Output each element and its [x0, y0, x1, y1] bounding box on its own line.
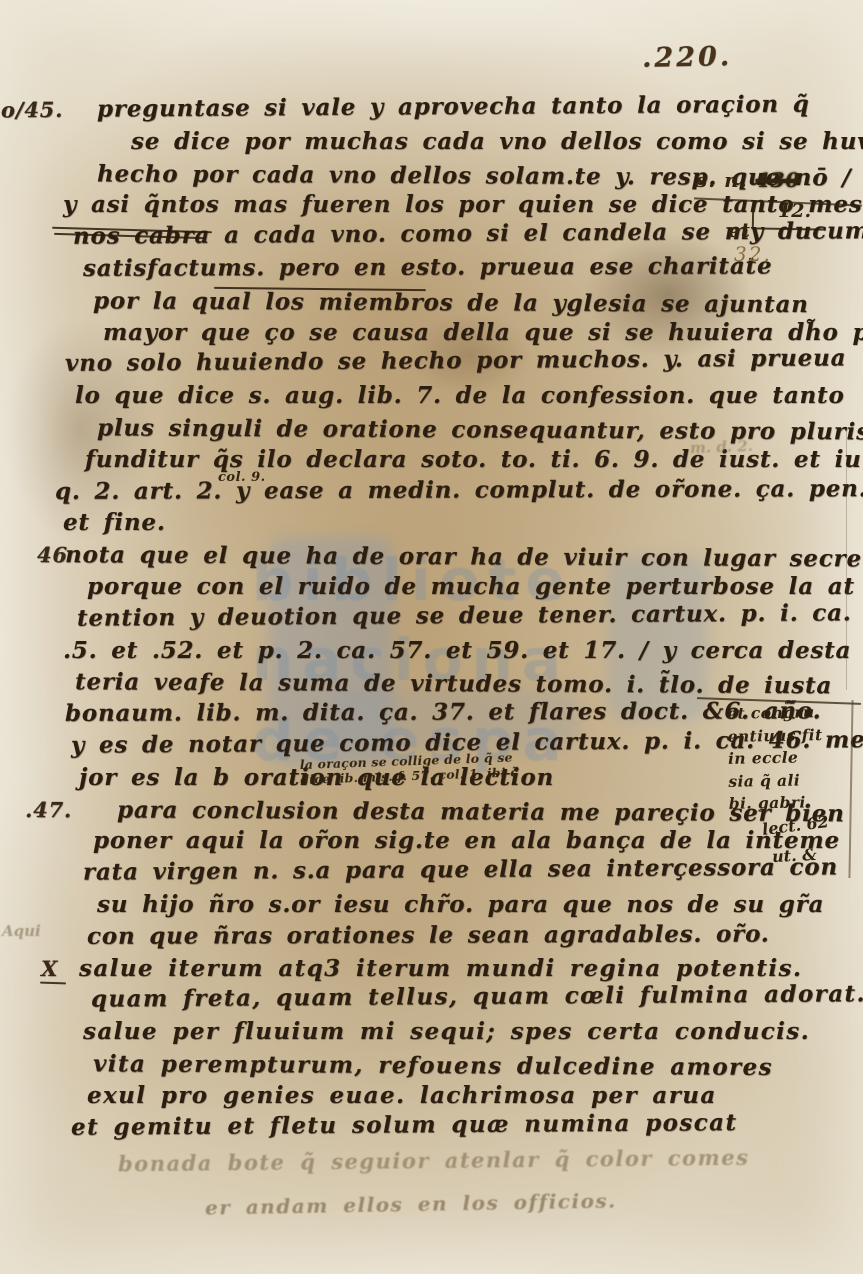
line-text: por la qual los miembros de la yglesia s… [93, 287, 809, 318]
margin-gloss-line: sia q̃ ali [728, 769, 823, 793]
line-text: vno solo huuiendo se hecho por muchos. y… [65, 345, 846, 377]
line-text: rata virgen n. s.a para que ella sea int… [83, 854, 838, 886]
manuscript-line: su hijo ñro s.or iesu chr̃o. para que no… [35, 891, 853, 923]
manuscript-line: 46 nota que el que ha de orar ha de viui… [35, 541, 853, 577]
line-text: quam freta, quam tellus, quam cœli fulmi… [91, 981, 863, 1013]
manuscript-line: quam freta, quam tellus, quam cœli fulmi… [35, 981, 853, 1019]
line-text: et gemitu et fletu solum quæ numina posc… [71, 1109, 738, 1141]
margin-gloss-block: et congru entiuus fit in eccle sia q̃ al… [727, 701, 824, 815]
line-text: et fine. [63, 509, 166, 536]
manuscript-line: et gemitu et fletu solum quæ numina posc… [35, 1108, 853, 1146]
margin-note-text: et [728, 218, 750, 242]
line-text: exul pro genies euae. lachrimosa per aru… [87, 1082, 717, 1109]
line-text: bonaum. lib. m. dita. ça. 37. et flares … [65, 697, 822, 727]
line-text: poner aqui la or̃on sig.te en ala bança … [93, 827, 840, 854]
manuscript-line: por la qual los miembros de la yglesia s… [35, 287, 853, 323]
line-text: .5. et .52. et p. 2. ca. 57. et 59. et 1… [63, 637, 863, 664]
margin-number: .47. [25, 796, 72, 821]
line-text: salue per fluuium mi sequi; spes certa c… [83, 1018, 810, 1045]
manuscript-line: vita perempturum, refouens dulcedine amo… [35, 1050, 853, 1086]
line-text: con que ñras orationes le sean agradable… [87, 920, 770, 949]
margin-note-text: s. n. [696, 168, 748, 192]
manuscript-line: o/45. preguntase si vale y aprovecha tan… [35, 90, 853, 128]
ghost-bleedthrough-line: er andam ellos en los officios. [205, 1188, 617, 1219]
interline-note-col9: col. 9. [218, 470, 266, 485]
page-crease-line [846, 430, 847, 690]
line-text: y asi q̃ntos mas fueren los por quien se… [63, 191, 863, 218]
line-text: porque con el ruido de mucha gente pertu… [87, 573, 855, 600]
manuscript-line: salue per fluuium mi sequi; spes certa c… [35, 1018, 853, 1050]
line-text: q. 2. art. 2. y ease a medin. complut. d… [55, 475, 863, 505]
folio-number: .220. [642, 41, 733, 74]
line-text: lo que dice s. aug. lib. 7. de la confes… [75, 382, 845, 409]
line-text: teria veafe la suma de virtudes tomo. i.… [75, 669, 832, 700]
margin-note-citation: s. n. 430 [696, 168, 800, 192]
ghost-margin-word: m. d. 2. [690, 437, 754, 457]
margin-gloss-line: bi. gabri [729, 791, 824, 815]
margin-bracket-mark [752, 205, 826, 230]
line-text: su hijo ñro s.or iesu chr̃o. para que no… [97, 891, 824, 918]
ghost-bleedthrough-line: bonada bote q̃ seguior atenlar q̃ color … [118, 1145, 750, 1177]
line-text: nota que el que ha de orar ha de viuir c… [65, 541, 863, 572]
manuscript-line: se dice por muchas cada vno dellos como … [35, 128, 853, 160]
margin-gloss-ut: ut. & [772, 845, 818, 866]
line-text: se dice por muchas cada vno dellos como … [131, 128, 863, 155]
manuscript-line: q. 2. art. 2. y ease a medin. complut. d… [35, 475, 853, 510]
line-text: vita perempturum, refouens dulcedine amo… [93, 1050, 773, 1081]
margin-number: 46 [37, 542, 68, 567]
margin-note-light-number: 32. [734, 242, 772, 266]
line-text: mayor que ço se causa della que si se hu… [103, 319, 863, 346]
manuscript-line: lo que dice s. aug. lib. 7. de la confes… [35, 382, 853, 414]
line-text: salue iterum atq3 iterum mundi regina po… [79, 955, 802, 982]
margin-gloss-line: entiuus fit [727, 724, 822, 748]
manuscript-page: bibliote naciona de espa .220. o/45. pre… [0, 0, 863, 1274]
manuscript-line: et fine. [35, 509, 853, 541]
ghost-margin-word: Aqui [2, 922, 41, 940]
margin-note-top: s. n. 430 12. et 32. [696, 168, 800, 192]
margin-gloss-line: in eccle [728, 746, 823, 770]
margin-number: o/45. [1, 97, 63, 122]
margin-number: X [41, 956, 59, 981]
line-text: satisfactums. pero en esto. prueua ese c… [83, 252, 772, 281]
line-text: tention y deuotion que se deue tener. ca… [77, 599, 852, 631]
manuscript-line: tention y deuotion que se deue tener. ca… [35, 599, 853, 637]
manuscript-line: rata virgen n. s.a para que ella sea int… [35, 853, 853, 891]
manuscript-line: .5. et .52. et p. 2. ca. 57. et 59. et 1… [35, 637, 853, 669]
manuscript-line: vno solo huuiendo se hecho por muchos. y… [35, 345, 853, 383]
struck-number: 430 [756, 168, 801, 192]
line-text: preguntase si vale y aprovecha tanto la … [97, 91, 810, 123]
manuscript-line: con que ñras orationes le sean agradable… [35, 920, 853, 955]
margin-gloss-line: et congru [727, 701, 822, 725]
